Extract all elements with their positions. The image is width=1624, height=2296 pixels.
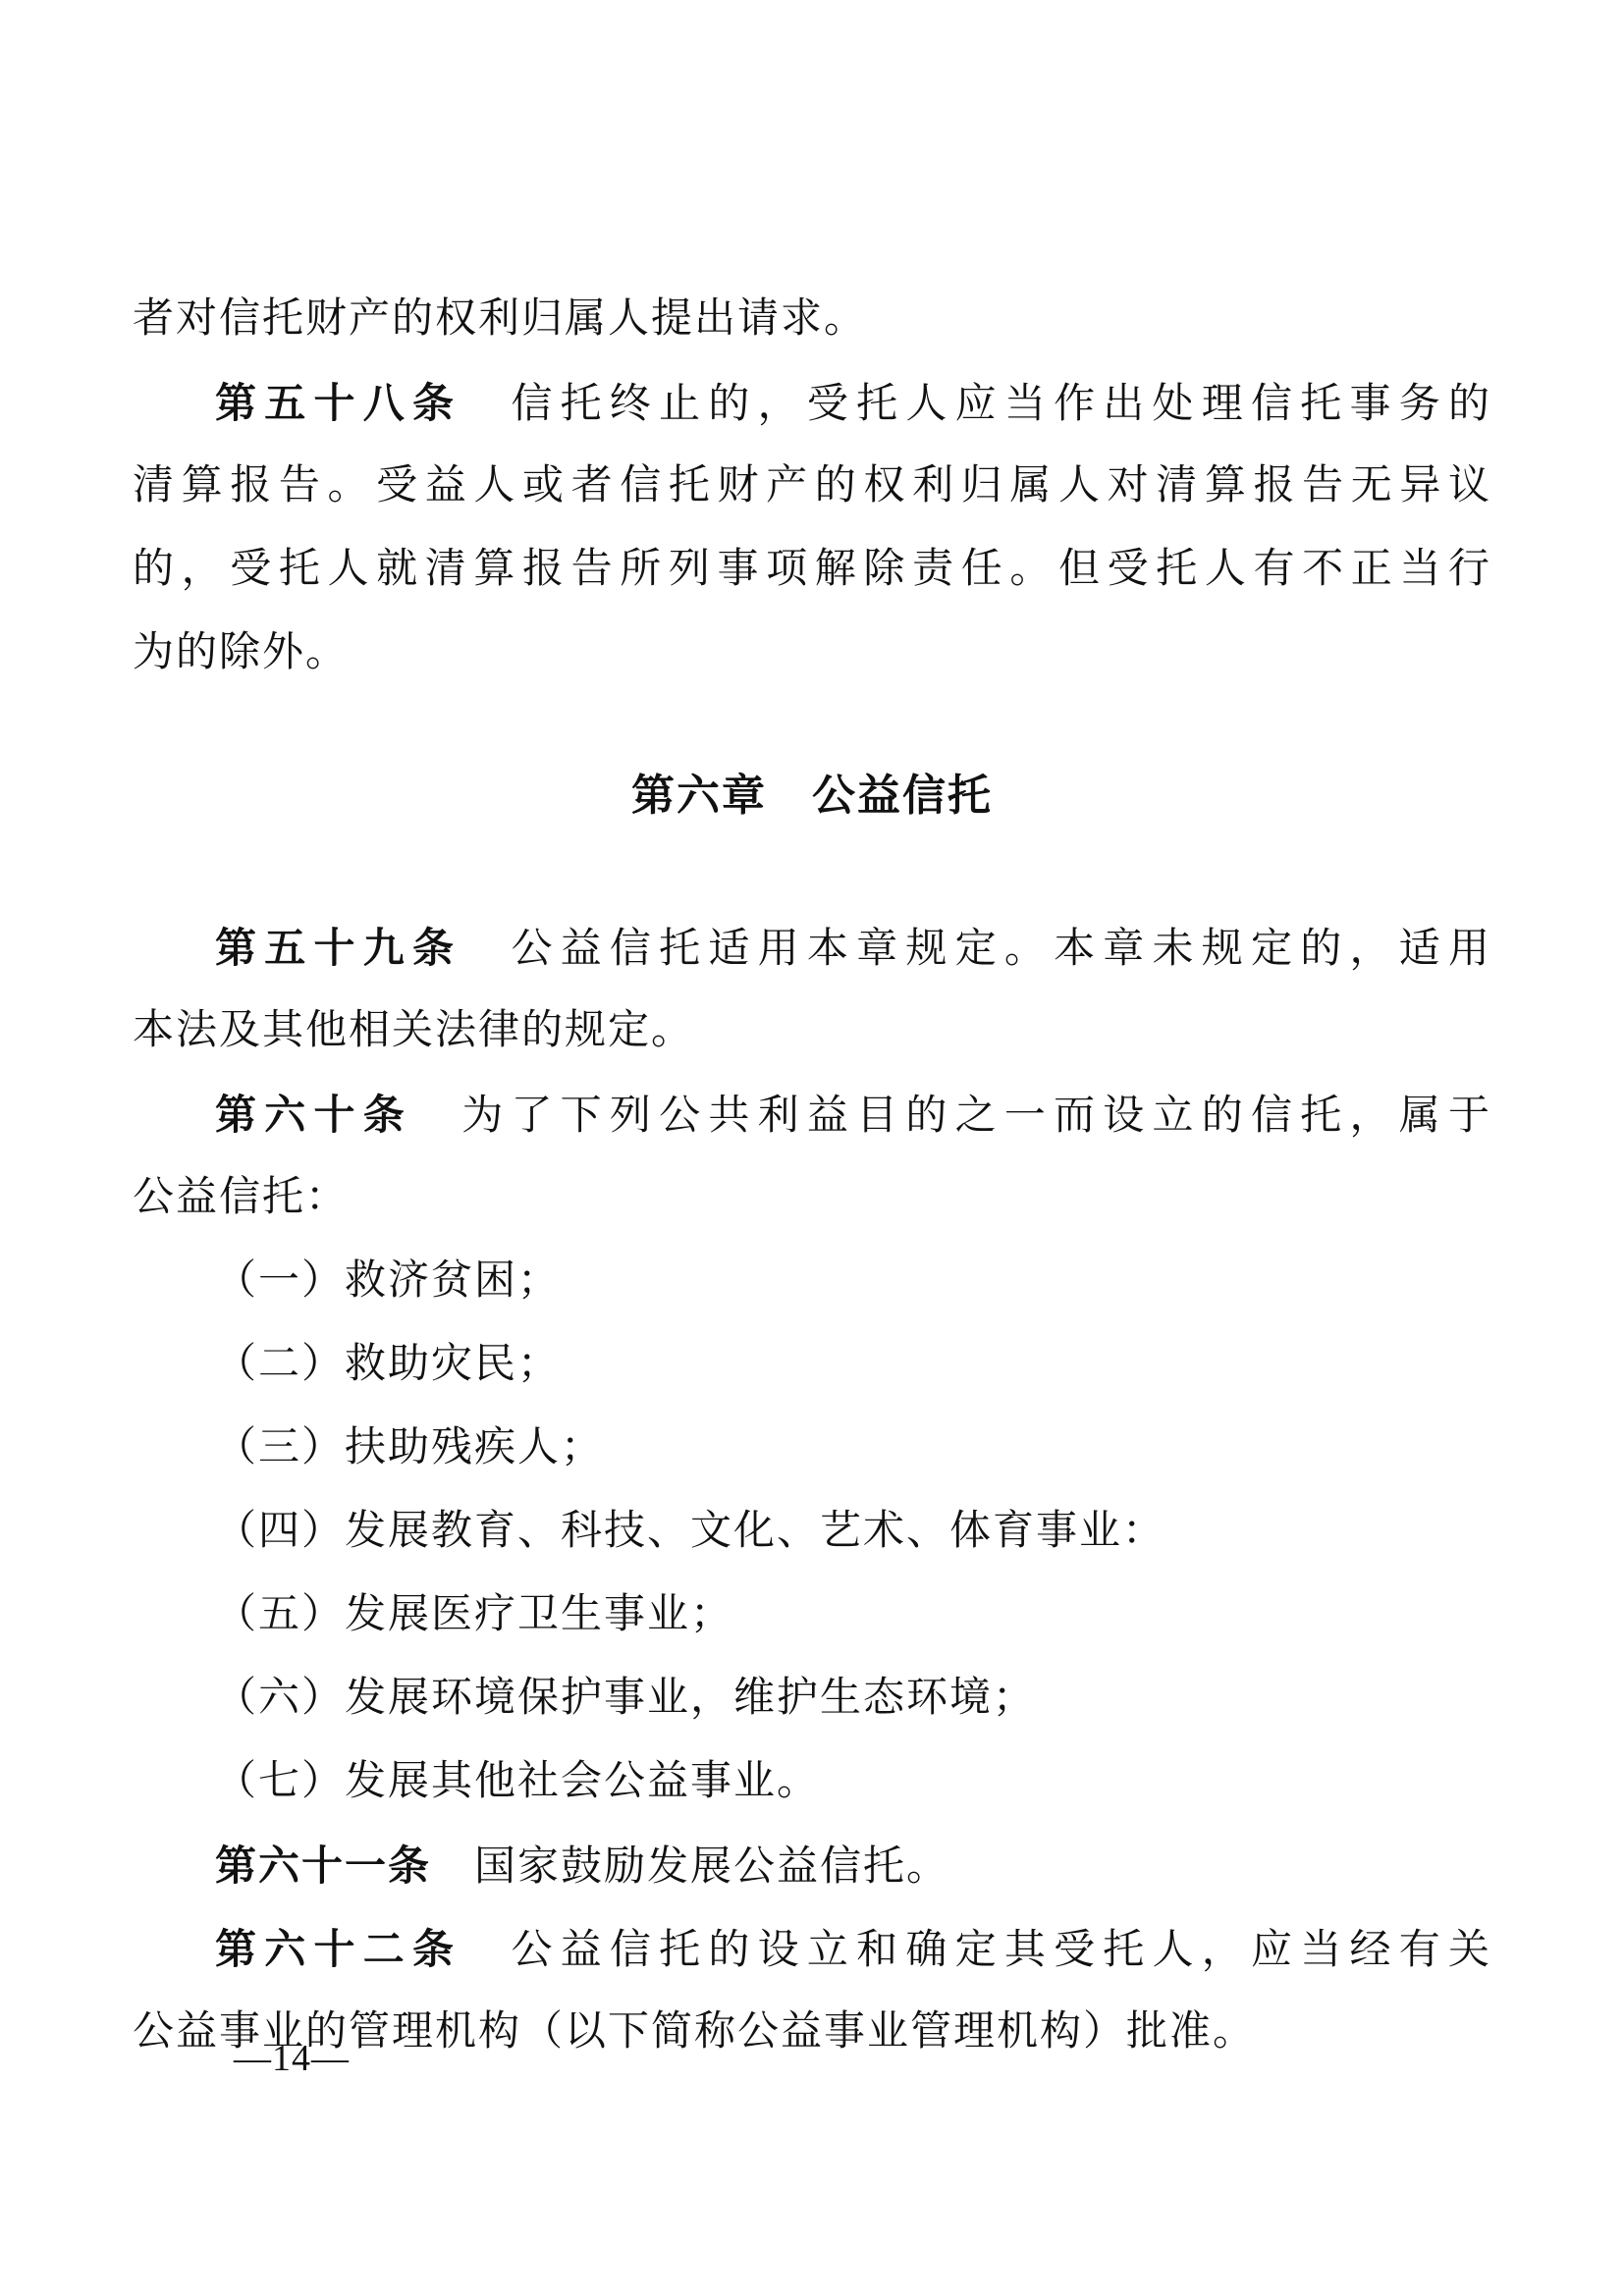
text-line: 公益信托： xyxy=(133,1156,1491,1240)
text-line: （二）救助灾民； xyxy=(133,1323,1491,1407)
line-text: （七）发展其他社会公益事业。 xyxy=(215,1759,820,1804)
line-text: 公益信托适用本章规定。本章未规定的，适用 xyxy=(461,927,1491,972)
text-line: （三）扶助残疾人； xyxy=(133,1407,1491,1490)
page-number: —14— xyxy=(234,2034,350,2083)
article-number: 第五十九条 xyxy=(215,925,461,971)
text-line: 的，受托人就清算报告所列事项解除责任。但受托人有不正当行 xyxy=(133,528,1491,612)
line-text: （五）发展医疗卫生事业； xyxy=(215,1592,733,1637)
line-text: 公益信托： xyxy=(133,1175,349,1220)
line-text: 为了下列公共利益目的之一而设立的信托，属于 xyxy=(412,1094,1491,1139)
article-number: 第五十八条 xyxy=(215,380,461,426)
text-line: 为的除外。 xyxy=(133,612,1491,695)
line-text: 第六章 公益信托 xyxy=(631,772,993,820)
text-line: 第五十九条 公益信托适用本章规定。本章未规定的，适用 xyxy=(133,906,1491,989)
text-line: 第五十八条 信托终止的，受托人应当作出处理信托事务的 xyxy=(133,361,1491,445)
line-text: 者对信托财产的权利归属人提出请求。 xyxy=(133,296,867,342)
line-text: 的，受托人就清算报告所列事项解除责任。但受托人有不正当行 xyxy=(133,547,1491,592)
line-text: （三）扶助残疾人； xyxy=(215,1425,604,1470)
text-line: 清算报告。受益人或者信托财产的权利归属人对清算报告无异议 xyxy=(133,445,1491,528)
line-text: 公益信托的设立和确定其受托人，应当经有关 xyxy=(461,1928,1491,1973)
line-text: 清算报告。受益人或者信托财产的权利归属人对清算报告无异议 xyxy=(133,463,1491,508)
text-line: （六）发展环境保护事业，维护生态环境； xyxy=(133,1657,1491,1740)
line-text: 本法及其他相关法律的规定。 xyxy=(133,1008,694,1053)
text-line: （五）发展医疗卫生事业； xyxy=(133,1574,1491,1657)
article-number: 第六十条 xyxy=(215,1092,412,1138)
line-text: （四）发展教育、科技、文化、艺术、体育事业： xyxy=(215,1509,1165,1554)
article-number: 第六十一条 xyxy=(215,1842,431,1889)
article-number: 第六十二条 xyxy=(215,1926,461,1972)
document-page: 者对信托财产的权利归属人提出请求。第五十八条 信托终止的，受托人应当作出处理信托… xyxy=(0,0,1624,2296)
line-text: （一）救济贫困； xyxy=(215,1258,561,1304)
text-line: 第六十条 为了下列公共利益目的之一而设立的信托，属于 xyxy=(133,1073,1491,1156)
text-line: （七）发展其他社会公益事业。 xyxy=(133,1740,1491,1824)
line-text: 国家鼓励发展公益信托。 xyxy=(431,1844,949,1890)
chapter-heading: 第六章 公益信托 xyxy=(133,754,1491,837)
line-text: （六）发展环境保护事业，维护生态环境； xyxy=(215,1676,1036,1721)
text-line: （四）发展教育、科技、文化、艺术、体育事业： xyxy=(133,1490,1491,1574)
line-text: 为的除外。 xyxy=(133,630,349,675)
line-text: 信托终止的，受托人应当作出处理信托事务的 xyxy=(461,382,1491,427)
text-line: （一）救济贫困； xyxy=(133,1240,1491,1323)
text-line: 者对信托财产的权利归属人提出请求。 xyxy=(133,278,1491,361)
line-text: （二）救助灾民； xyxy=(215,1342,561,1387)
text-line: 第六十二条 公益信托的设立和确定其受托人，应当经有关 xyxy=(133,1907,1491,1991)
text-line: 第六十一条 国家鼓励发展公益信托。 xyxy=(133,1824,1491,1907)
text-line: 本法及其他相关法律的规定。 xyxy=(133,989,1491,1073)
document-body: 者对信托财产的权利归属人提出请求。第五十八条 信托终止的，受托人应当作出处理信托… xyxy=(133,278,1491,2074)
